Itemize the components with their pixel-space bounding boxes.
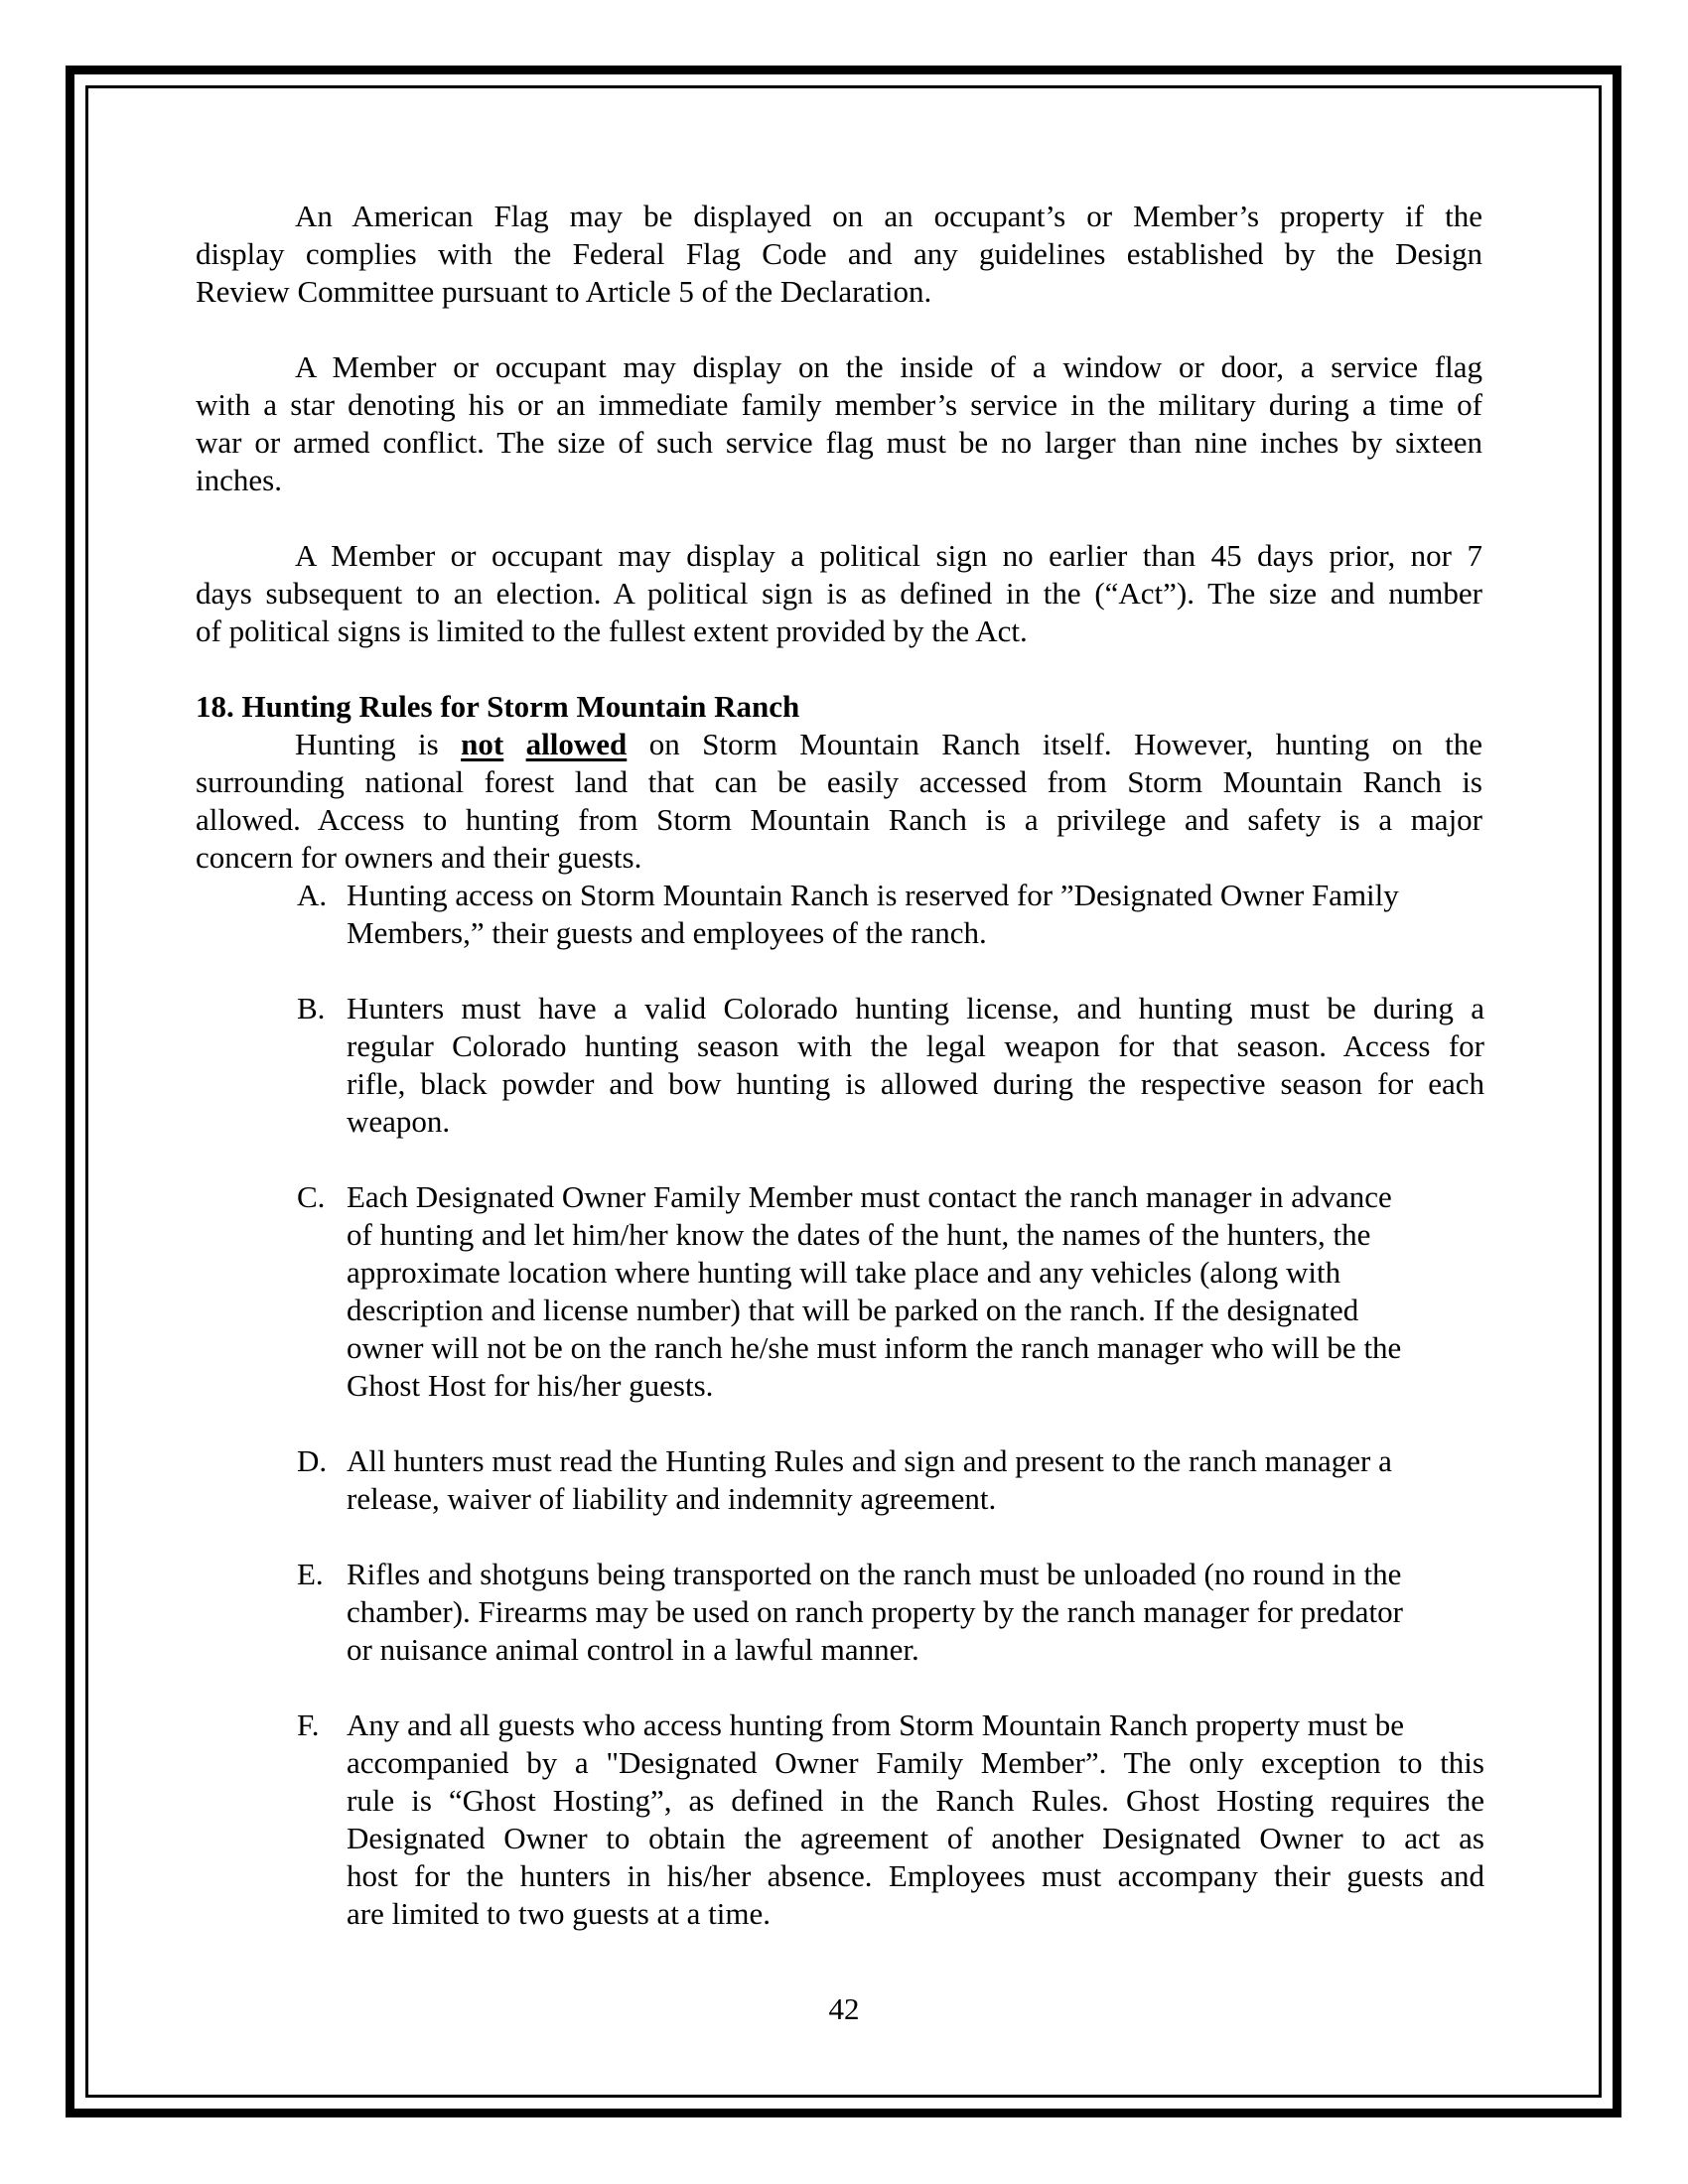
text-line: rifle, black powder and bow hunting is a… [347, 1065, 1484, 1103]
text-line: are limited to two guests at a time. [347, 1895, 1484, 1933]
text-line: of political signs is limited to the ful… [196, 613, 1482, 650]
page-number: 42 [0, 1990, 1688, 2028]
section-heading: 18. Hunting Rules for Storm Mountain Ran… [196, 688, 1482, 726]
text-run: on Storm Mountain Ranch itself. However,… [649, 727, 1482, 761]
text-line: Each Designated Owner Family Member must… [347, 1178, 1484, 1216]
text-line: inches. [196, 462, 1482, 499]
text-line: of hunting and let him/her know the date… [347, 1216, 1484, 1254]
emphasis-not: not [461, 727, 503, 761]
text-line: with a star denoting his or an immediate… [196, 386, 1482, 424]
text-line: war or armed conflict. The size of such … [196, 424, 1482, 462]
text-line: weapon. [347, 1103, 1484, 1141]
text-line: host for the hunters in his/her absence.… [347, 1857, 1484, 1895]
text-line: Hunting access on Storm Mountain Ranch i… [347, 877, 1484, 914]
text-line: release, waiver of liability and indemni… [347, 1480, 1484, 1518]
text-line: surrounding national forest land that ca… [196, 763, 1482, 801]
list-item-label: D. [297, 1442, 342, 1480]
text-line: Review Committee pursuant to Article 5 o… [196, 273, 1482, 311]
text-line: regular Colorado hunting season with the… [347, 1027, 1484, 1065]
text-line: A Member or occupant may display on the … [295, 348, 1482, 386]
text-line: Hunting is not allowed on Storm Mountain… [295, 726, 1482, 763]
text-line: Designated Owner to obtain the agreement… [347, 1820, 1484, 1857]
text-line: Ghost Host for his/her guests. [347, 1367, 1484, 1405]
text-line: or nuisance animal control in a lawful m… [347, 1631, 1484, 1669]
text-line: owner will not be on the ranch he/she mu… [347, 1329, 1484, 1367]
text-line: Hunters must have a valid Colorado hunti… [347, 990, 1484, 1027]
text-line: approximate location where hunting will … [347, 1254, 1484, 1292]
text-line: accompanied by a "Designated Owner Famil… [347, 1744, 1484, 1782]
list-item-label: B. [297, 990, 342, 1027]
text-line: rule is “Ghost Hosting”, as defined in t… [347, 1782, 1484, 1820]
text-line: chamber). Firearms may be used on ranch … [347, 1593, 1484, 1631]
text-line: A Member or occupant may display a polit… [295, 537, 1482, 575]
text-line: Any and all guests who access hunting fr… [347, 1706, 1484, 1744]
list-item-label: C. [297, 1178, 342, 1216]
text-line: allowed. Access to hunting from Storm Mo… [196, 801, 1482, 839]
text-line: Members,” their guests and employees of … [347, 914, 1484, 952]
text-line: Rifles and shotguns being transported on… [347, 1556, 1484, 1593]
text-line: description and license number) that wil… [347, 1292, 1484, 1329]
list-item-label: F. [297, 1706, 342, 1744]
text-line: concern for owners and their guests. [196, 839, 1482, 877]
text-line: days subsequent to an election. A politi… [196, 575, 1482, 613]
text-line: display complies with the Federal Flag C… [196, 235, 1482, 273]
text-line: An American Flag may be displayed on an … [295, 198, 1482, 235]
emphasis-allowed: allowed [526, 727, 628, 761]
list-item-label: E. [297, 1556, 342, 1593]
text-run: Hunting is [295, 727, 439, 761]
list-item-label: A. [297, 877, 342, 914]
text-line: All hunters must read the Hunting Rules … [347, 1442, 1484, 1480]
